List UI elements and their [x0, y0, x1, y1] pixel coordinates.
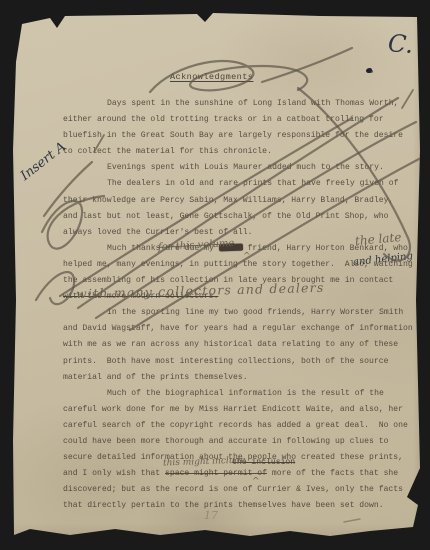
page-title: Acknowledgments — [170, 72, 253, 82]
typed-line: Evenings spent with Louis Maurer added m… — [63, 160, 423, 176]
corner-mark: C. — [387, 29, 414, 59]
insert-a-note: Insert A — [18, 139, 69, 183]
typed-line: Days spent in the sunshine of Long Islan… — [63, 96, 423, 112]
typed-line: The dealers in old and rare prints that … — [63, 176, 423, 192]
typed-line: and last but not least, Gene Gottschalk,… — [63, 209, 423, 225]
typed-line: that directly pertain to the prints them… — [63, 498, 423, 514]
caret-mark: ^ — [243, 252, 251, 262]
typed-line: and I only wish that space might permit … — [63, 466, 423, 482]
typed-line: discovered; but as the record is one of … — [63, 482, 423, 498]
typed-line: material and of the prints themselves. — [63, 370, 423, 386]
typed-line: bluefish in the Great South Bay are larg… — [63, 128, 423, 144]
typed-line: with me as we ran across any historical … — [63, 337, 423, 353]
scan-background: Acknowledgments Days spent in the sunshi… — [0, 0, 430, 550]
typed-line: either around the old trotting tracks or… — [63, 112, 423, 128]
typed-line: Much of the biographical information is … — [63, 386, 423, 402]
typed-line: their knowledge are Percy Sabin, Max Wil… — [63, 193, 423, 209]
ink-blot — [366, 68, 372, 73]
page-number: 17 — [204, 509, 218, 522]
typed-line: could have been more thorough and accura… — [63, 434, 423, 450]
typed-line: In the sporting line my two good friends… — [63, 305, 423, 321]
typed-text: Days spent in the sunshine of Long Islan… — [63, 96, 423, 514]
scribble-title-tail — [262, 48, 352, 82]
typed-line: careful search of the copyright records … — [63, 418, 423, 434]
caret-mark: ^ — [252, 477, 260, 487]
typed-line: careful work done for me by Miss Harriet… — [63, 402, 423, 418]
typed-line: to collect the material for this chronic… — [63, 144, 423, 160]
typed-line: prints. Both have most interesting colle… — [63, 354, 423, 370]
manuscript-page: Acknowledgments Days spent in the sunshi… — [0, 0, 430, 550]
typed-line: and David Wagstaff, have for years had a… — [63, 321, 423, 337]
bottom-dash — [344, 519, 360, 522]
